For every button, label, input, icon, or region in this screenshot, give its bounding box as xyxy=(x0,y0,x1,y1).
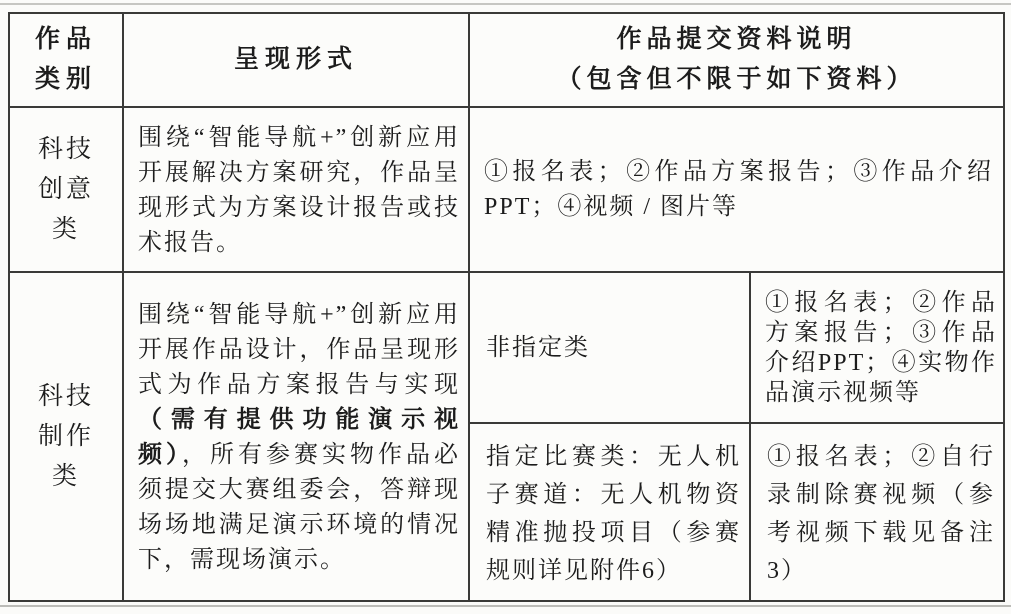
scan-edge-line-bottom xyxy=(0,605,1011,607)
creative-form-cell: 围绕“智能导航+”创新应用开展解决方案研究，作品呈现形式为方案设计报告或技术报告… xyxy=(123,107,469,272)
nondesignated-type-cell: 非指定类 xyxy=(469,272,750,423)
header-row: 作品 类别 呈现形式 作品提交资料说明 （包含但不限于如下资料） xyxy=(9,13,1004,107)
header-materials: 作品提交资料说明 （包含但不限于如下资料） xyxy=(469,13,1004,107)
production-form-text-pre: 围绕“智能导航+”创新应用开展作品设计，作品呈现形式为作品方案报告与实现 xyxy=(138,302,460,398)
creative-materials-cell: ①报名表；②作品方案报告；③作品介绍PPT；④视频 / 图片等 xyxy=(469,107,1004,272)
designated-materials-cell: ①报名表；②自行录制除赛视频（参考视频下载见备注3） xyxy=(750,423,1004,601)
header-category: 作品 类别 xyxy=(9,13,123,107)
production-form-cell: 围绕“智能导航+”创新应用开展作品设计，作品呈现形式为作品方案报告与实现（需有提… xyxy=(123,272,469,601)
production-form-text-post: ，所有参赛实物作品必须提交大赛组委会，答辩现场场地满足演示环境的情况下，需现场演… xyxy=(138,442,460,573)
designated-type-cell: 指定比赛类：无人机子赛道：无人机物资精准抛投项目（参赛规则详见附件6） xyxy=(469,423,750,601)
row-tech-production-nondesignated: 科技 制作 类 围绕“智能导航+”创新应用开展作品设计，作品呈现形式为作品方案报… xyxy=(9,272,1004,423)
production-category-cell: 科技 制作 类 xyxy=(9,272,123,601)
submission-requirements-table: 作品 类别 呈现形式 作品提交资料说明 （包含但不限于如下资料） 科技 创意 类… xyxy=(8,12,1005,602)
row-tech-creative: 科技 创意 类 围绕“智能导航+”创新应用开展解决方案研究，作品呈现形式为方案设… xyxy=(9,107,1004,272)
header-form: 呈现形式 xyxy=(123,13,469,107)
nondesignated-materials-cell: ①报名表；②作品方案报告；③作品介绍PPT；④实物作品演示视频等 xyxy=(750,272,1004,423)
scanned-page: 作品 类别 呈现形式 作品提交资料说明 （包含但不限于如下资料） 科技 创意 类… xyxy=(0,0,1011,614)
scan-edge-line-top xyxy=(0,3,1011,5)
creative-category-cell: 科技 创意 类 xyxy=(9,107,123,272)
